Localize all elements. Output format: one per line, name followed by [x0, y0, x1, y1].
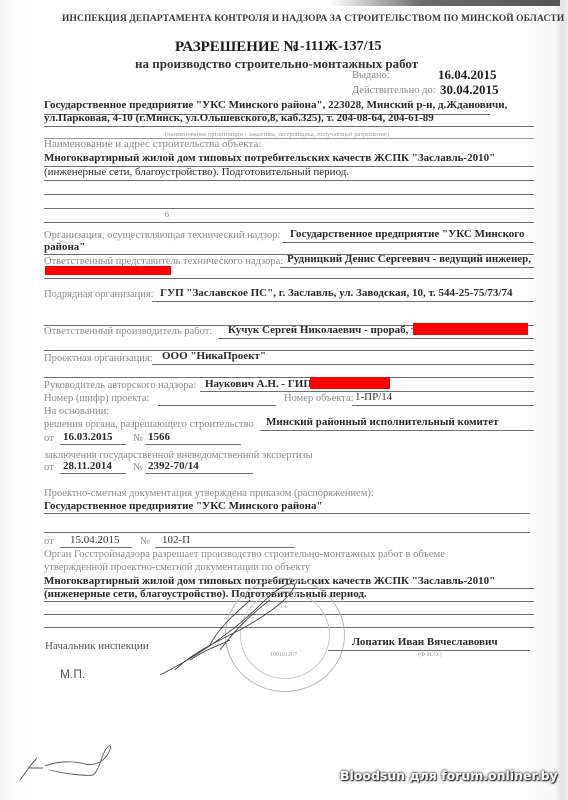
author-supervision-value: Наукович А.Н. - ГИП, т.	[205, 378, 325, 390]
underline	[44, 350, 534, 351]
approval-date: 15.04.2015	[70, 534, 120, 546]
underline	[145, 444, 241, 445]
approval-number: 102-П	[162, 534, 190, 546]
underline	[280, 267, 534, 268]
underline	[44, 180, 534, 181]
redacted-phone	[310, 377, 390, 389]
object-number-value: 1-ПР/14	[355, 391, 392, 403]
underline	[60, 473, 126, 474]
tech-supervision-value-2: района"	[44, 241, 85, 253]
issued-label: Выдано:	[352, 70, 390, 81]
underline	[218, 338, 534, 339]
position-label: Начальник инспекции	[45, 640, 149, 652]
decision-number: 1566	[148, 431, 170, 443]
from-label: от	[44, 536, 54, 547]
underline	[44, 208, 534, 209]
underline	[44, 513, 530, 514]
contractor-label: Подрядная организация:	[44, 289, 154, 300]
number-label: №	[133, 433, 143, 444]
basis-label: На основании:	[44, 406, 109, 417]
redacted-phone	[45, 266, 171, 275]
agency-header: ИНСПЕКЦИЯ ДЕПАРТАМЕНТА КОНТРОЛЯ И НАДЗОР…	[62, 14, 564, 24]
scan-shadow	[330, 0, 560, 6]
issued-date: 16.04.2015	[438, 67, 497, 83]
from-label: от	[44, 433, 54, 444]
underline	[44, 222, 534, 223]
permit-number: 1-111Ж-137/15	[293, 39, 382, 55]
expertise-date: 28.11.2014	[63, 460, 112, 472]
underline	[260, 430, 534, 431]
underline	[155, 547, 295, 548]
contractor-value: ГУП "Заславское ПС", г. Заславль, ул. За…	[160, 287, 512, 299]
underline	[152, 301, 534, 302]
document-page: ИНСПЕКЦИЯ ДЕПАРТАМЕНТА КОНТРОЛЯ И НАДЗОР…	[0, 0, 568, 800]
design-org-value: ООО "НикаПроект"	[162, 350, 266, 362]
object-label: Наименование и адрес строительства объек…	[44, 138, 261, 150]
redacted-phone	[413, 323, 528, 335]
approval-value: Государственное предприятие "УКС Минског…	[44, 500, 323, 512]
stray-mark: 6	[165, 210, 169, 219]
signature-icon	[150, 575, 300, 685]
works-manager-label: Ответственный производитель работ:	[44, 326, 212, 337]
watermark: Bloodsun для forum.onliner.by	[340, 768, 558, 783]
underline	[352, 405, 534, 406]
number-label: №	[133, 462, 143, 473]
underline	[60, 444, 126, 445]
approval-label: Проектно-сметная документация утверждена…	[44, 488, 374, 499]
underline	[145, 473, 253, 474]
author-supervision-label: Руководитель авторского надзора:	[44, 380, 196, 391]
object-line-2: (инженерные сети, благоустройство). Подг…	[44, 166, 349, 178]
handwritten-signature-icon	[15, 740, 125, 785]
tech-supervision-value: Государственное предприятие "УКС Минског…	[290, 228, 524, 240]
underline	[44, 278, 534, 279]
expertise-number: 2392-70/14	[148, 460, 199, 472]
permit-text-2: утвержденной проектно-сметной документац…	[44, 562, 310, 573]
underline	[282, 242, 534, 243]
customer-line-1: Государственное предприятие "УКС Минског…	[44, 99, 507, 111]
customer-line-2: ул.Парковая, 4-10 (г.Минск, ул.Ольшевско…	[44, 112, 434, 124]
design-org-label: Проектная организация:	[44, 353, 153, 364]
underline	[60, 547, 132, 548]
underline	[44, 126, 534, 127]
from-label: от	[44, 462, 54, 473]
object-line-1: Многоквартирный жилой дом типовых потреб…	[44, 152, 495, 164]
valid-until-label: Действительно до:	[352, 85, 436, 96]
number-label: №	[140, 536, 150, 547]
permit-text-1: Орган Госстройнадзора разрешает производ…	[44, 549, 445, 560]
decision-value: Минский районный исполнительный комитет	[266, 416, 499, 428]
tech-rep-value: Рудницкий Денис Сергеевич - ведущий инже…	[287, 253, 531, 265]
project-code-label: Номер (шифр) проекта:	[44, 393, 149, 404]
seal-label: М.П.	[60, 667, 85, 681]
signer-name: Лопатик Иван Вячеславович	[352, 636, 498, 648]
works-manager-value: Кучук Сергей Николаевич - прораб, т.	[228, 324, 418, 336]
decision-date: 16.03.2015	[63, 431, 113, 443]
valid-until-date: 30.04.2015	[440, 82, 499, 98]
object-number-label: Номер объекта:	[284, 393, 354, 404]
permit-title: РАЗРЕШЕНИЕ №	[175, 39, 298, 56]
underline	[44, 194, 534, 195]
decision-label: решения органа, разрешающего строительст…	[44, 419, 254, 430]
tech-supervision-label: Организация, осуществляющая технический …	[44, 230, 280, 241]
underline	[44, 532, 530, 533]
customer-caption: (наименование организации - заказчика, з…	[165, 131, 389, 138]
name-caption: (Ф.И.О.)	[418, 651, 442, 658]
underline	[152, 364, 534, 365]
underline	[158, 405, 276, 406]
